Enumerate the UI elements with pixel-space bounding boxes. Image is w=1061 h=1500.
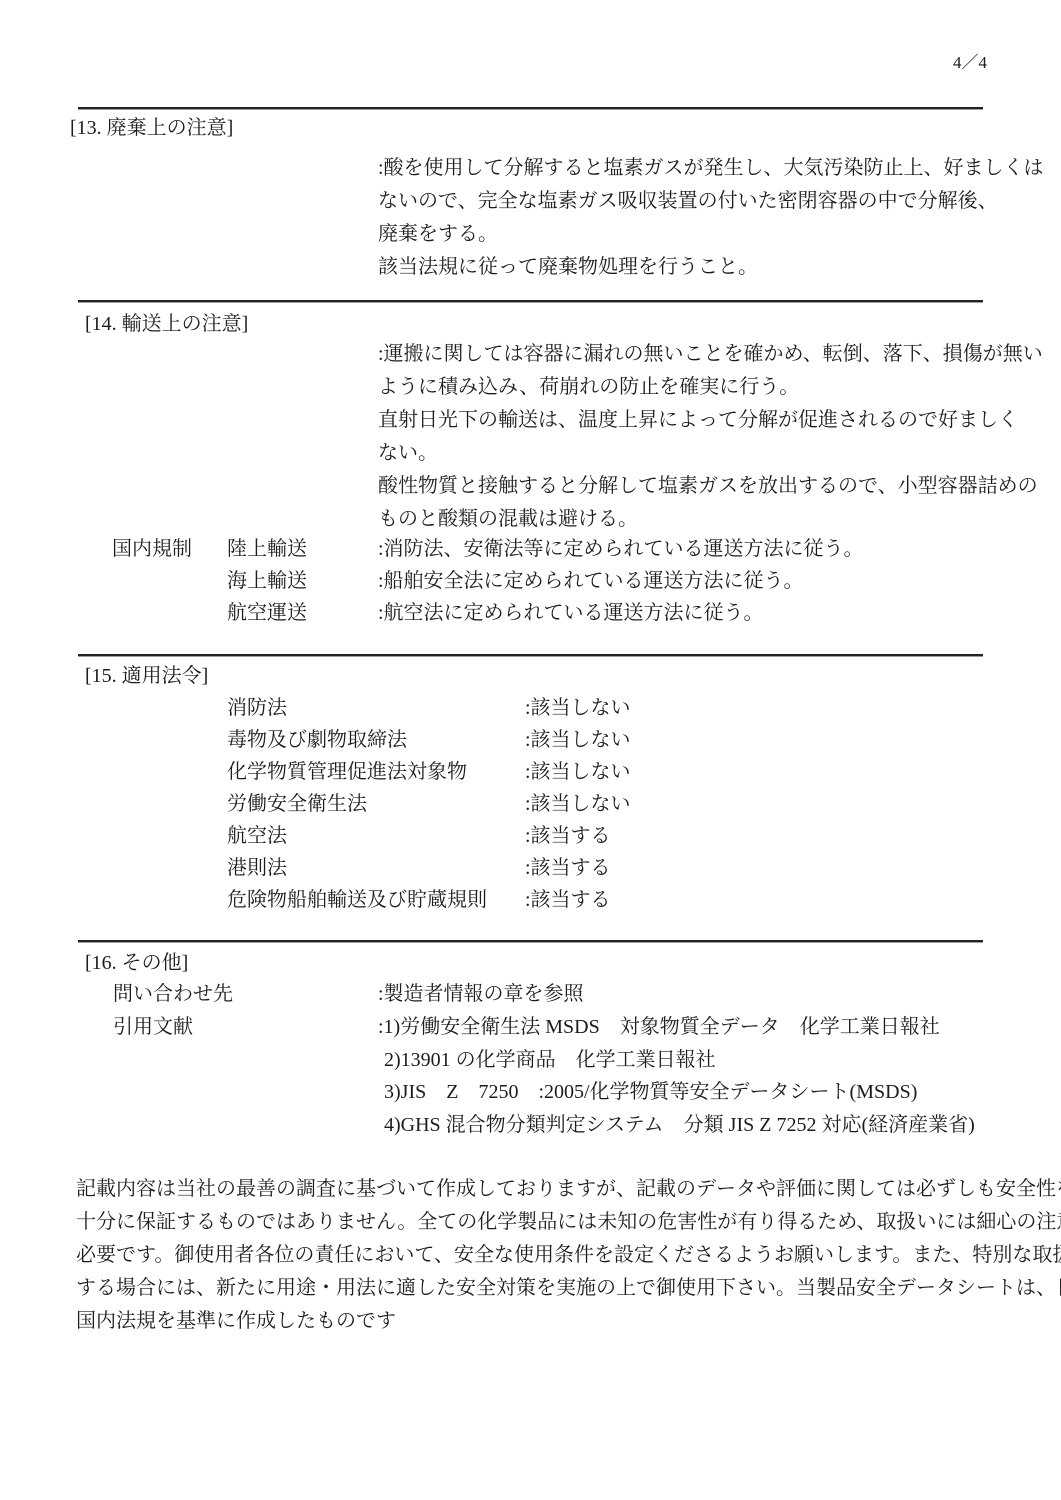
law-value: :該当する: [525, 820, 611, 852]
section-14-line: :運搬に関しては容器に漏れの無いことを確かめ、転倒、落下、損傷が無い: [378, 338, 1043, 371]
section-13-divider: [78, 107, 983, 110]
transport-mode-value: :船舶安全法に定められている運送方法に従う。: [378, 565, 804, 597]
contact-label: 問い合わせ先: [113, 978, 233, 1011]
law-label: 毒物及び劇物取締法: [227, 724, 407, 756]
contact-value: :製造者情報の章を参照: [378, 978, 584, 1011]
law-label: 危険物船舶輸送及び貯蔵規則: [227, 884, 487, 916]
law-label: 労働安全衛生法: [227, 788, 367, 820]
law-label: 化学物質管理促進法対象物: [227, 756, 467, 788]
disclaimer-line: する場合には、新たに用途・用法に適した安全対策を実施の上で御使用下さい。当製品安…: [76, 1272, 988, 1305]
section-15-title: [15. 適用法令]: [85, 663, 208, 689]
law-value: :該当しない: [525, 788, 631, 820]
section-15-divider: [78, 654, 983, 657]
section-13-line: ないので、完全な塩素ガス吸収装置の付いた密閉容器の中で分解後、: [378, 185, 1044, 218]
transport-mode-label: 航空運送: [227, 597, 307, 629]
reference-line: 2)13901 の化学商品 化学工業日報社: [384, 1044, 716, 1077]
domestic-regulation-table: 国内規制 陸上輸送 :消防法、安衛法等に定められている運送方法に従う。 海上輸送…: [0, 533, 1061, 629]
law-row: 航空法 :該当する: [0, 820, 1061, 852]
section-14-divider: [78, 300, 983, 303]
reference-line: 4)GHS 混合物分類判定システム 分類 JIS Z 7252 対応(経済産業省…: [384, 1109, 975, 1142]
law-value: :該当しない: [525, 692, 631, 724]
section-14-line: 直射日光下の輸送は、温度上昇によって分解が促進されるので好ましく: [378, 404, 1043, 437]
reference-row: 4)GHS 混合物分類判定システム 分類 JIS Z 7252 対応(経済産業省…: [0, 1109, 1061, 1142]
law-row: 危険物船舶輸送及び貯蔵規則 :該当する: [0, 884, 1061, 916]
section-14-title: [14. 輸送上の注意]: [85, 311, 248, 337]
transport-mode-label: 海上輸送: [227, 565, 307, 597]
transport-row-air: 航空運送 :航空法に定められている運送方法に従う。: [0, 597, 1061, 629]
contact-row: 問い合わせ先 :製造者情報の章を参照: [0, 978, 1061, 1011]
law-row: 労働安全衛生法 :該当しない: [0, 788, 1061, 820]
section-13-line: :酸を使用して分解すると塩素ガスが発生し、大気汚染防止上、好ましくは: [378, 152, 1044, 185]
section-14-line: 酸性物質と接触すると分解して塩素ガスを放出するので、小型容器詰めの: [378, 470, 1043, 503]
transport-row-sea: 海上輸送 :船舶安全法に定められている運送方法に従う。: [0, 565, 1061, 597]
domestic-regulation-label: 国内規制: [112, 533, 192, 565]
law-row: 港則法 :該当する: [0, 852, 1061, 884]
section-13-line: 該当法規に従って廃棄物処理を行うこと。: [378, 251, 1044, 284]
reference-line: 3)JIS Z 7250 :2005/化学物質等安全データシート(MSDS): [384, 1076, 917, 1109]
references-table: 引用文献 :1)労働安全衛生法 MSDS 対象物質全データ 化学工業日報社 2)…: [0, 1011, 1061, 1141]
contact-info: 問い合わせ先 :製造者情報の章を参照: [0, 978, 1061, 1011]
transport-mode-label: 陸上輸送: [227, 533, 307, 565]
section-13-line: 廃棄をする。: [378, 218, 1044, 251]
section-13-body: :酸を使用して分解すると塩素ガスが発生し、大気汚染防止上、好ましくは ないので、…: [378, 152, 1044, 284]
applicable-laws-table: 消防法 :該当しない 毒物及び劇物取締法 :該当しない 化学物質管理促進法対象物…: [0, 692, 1061, 916]
section-14-body: :運搬に関しては容器に漏れの無いことを確かめ、転倒、落下、損傷が無い ように積み…: [378, 338, 1043, 536]
law-value: :該当しない: [525, 756, 631, 788]
section-14-line: ように積み込み、荷崩れの防止を確実に行う。: [378, 371, 1043, 404]
page-number: 4／4: [953, 52, 987, 74]
law-value: :該当する: [525, 852, 611, 884]
law-label: 航空法: [227, 820, 287, 852]
law-row: 毒物及び劇物取締法 :該当しない: [0, 724, 1061, 756]
disclaimer-paragraph: 記載内容は当社の最善の調査に基づいて作成しておりますが、記載のデータや評価に関し…: [76, 1173, 988, 1338]
section-14-line: ものと酸類の混載は避ける。: [378, 503, 1043, 536]
section-16-divider: [78, 940, 983, 943]
section-14-line: ない。: [378, 437, 1043, 470]
law-value: :該当する: [525, 884, 611, 916]
transport-mode-value: :航空法に定められている運送方法に従う。: [378, 597, 764, 629]
law-label: 港則法: [227, 852, 287, 884]
law-row: 消防法 :該当しない: [0, 692, 1061, 724]
references-label: 引用文献: [113, 1011, 193, 1044]
reference-row: 引用文献 :1)労働安全衛生法 MSDS 対象物質全データ 化学工業日報社: [0, 1011, 1061, 1044]
section-16-title: [16. その他]: [85, 950, 188, 976]
disclaimer-line: 国内法規を基準に作成したものです: [76, 1305, 988, 1338]
disclaimer-line: 必要です。御使用者各位の責任において、安全な使用条件を設定くださるようお願いしま…: [76, 1239, 988, 1272]
reference-row: 3)JIS Z 7250 :2005/化学物質等安全データシート(MSDS): [0, 1076, 1061, 1109]
disclaimer-line: 十分に保証するものではありません。全ての化学製品には未知の危害性が有り得るため、…: [76, 1206, 988, 1239]
disclaimer-line: 記載内容は当社の最善の調査に基づいて作成しておりますが、記載のデータや評価に関し…: [76, 1173, 988, 1206]
transport-mode-value: :消防法、安衛法等に定められている運送方法に従う。: [378, 533, 864, 565]
law-value: :該当しない: [525, 724, 631, 756]
reference-row: 2)13901 の化学商品 化学工業日報社: [0, 1044, 1061, 1077]
section-13-title: [13. 廃棄上の注意]: [70, 115, 233, 141]
law-row: 化学物質管理促進法対象物 :該当しない: [0, 756, 1061, 788]
transport-row-land: 国内規制 陸上輸送 :消防法、安衛法等に定められている運送方法に従う。: [0, 533, 1061, 565]
reference-line: :1)労働安全衛生法 MSDS 対象物質全データ 化学工業日報社: [378, 1011, 940, 1044]
msds-document-page: 4／4 [13. 廃棄上の注意] :酸を使用して分解すると塩素ガスが発生し、大気…: [0, 0, 1061, 1500]
law-label: 消防法: [227, 692, 287, 724]
